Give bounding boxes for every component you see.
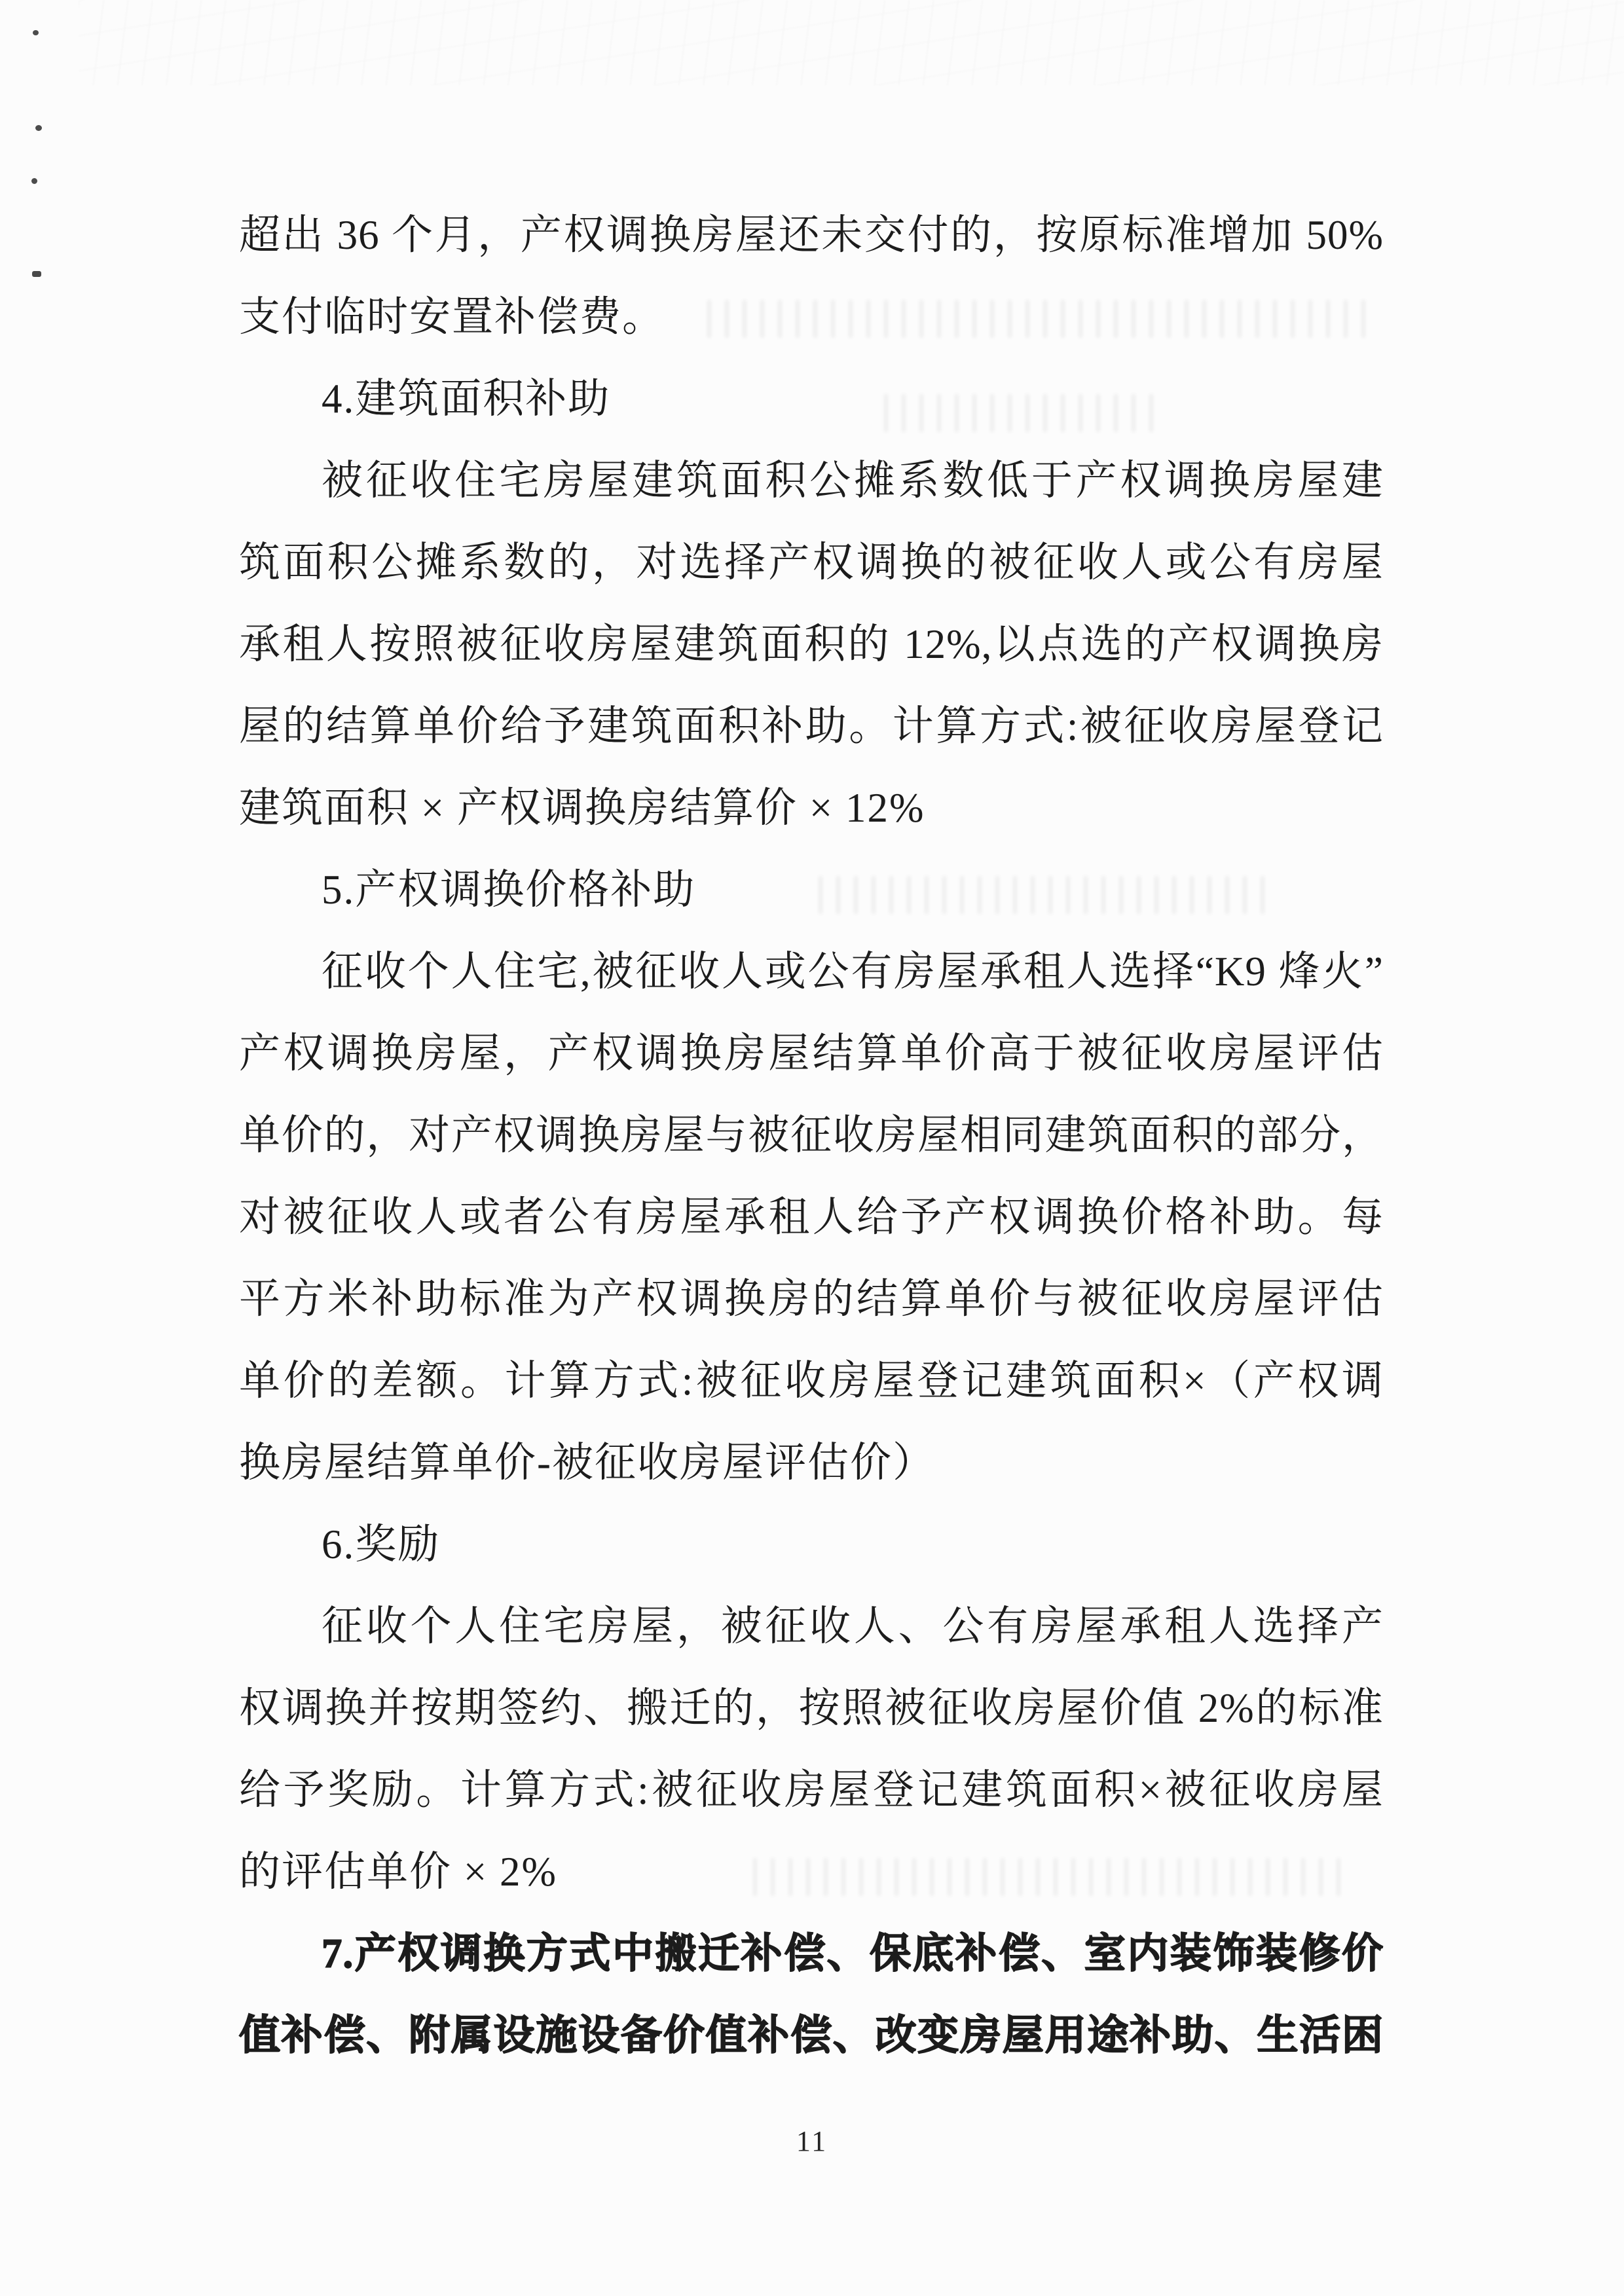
text-line: 单价的差额。计算方式:被征收房屋登记建筑面积×（产权调 [239, 1340, 1384, 1422]
text-line: 6.奖励 [239, 1504, 1384, 1586]
ink-dot [33, 30, 39, 35]
text-line: 支付临时安置补偿费。 [239, 276, 1384, 358]
page-number: 11 [0, 2119, 1624, 2164]
text-line: 给予奖励。计算方式:被征收房屋登记建筑面积×被征收房屋 [239, 1749, 1384, 1831]
ink-dot [35, 125, 42, 131]
text-line: 产权调换房屋，产权调换房屋结算单价高于被征收房屋评估 [239, 1013, 1384, 1095]
ink-dot [31, 178, 37, 184]
text-line: 7.产权调换方式中搬迁补偿、保底补偿、室内装饰装修价 [239, 1913, 1384, 1995]
text-line: 超出 36 个月，产权调换房屋还未交付的，按原标准增加 50% [239, 194, 1384, 276]
text-line: 筑面积公摊系数的，对选择产权调换的被征收人或公有房屋 [239, 522, 1384, 604]
text-line: 征收个人住宅,被征收人或公有房屋承租人选择“K9 烽火” [239, 931, 1384, 1013]
text-line: 屋的结算单价给予建筑面积补助。计算方式:被征收房屋登记 [239, 685, 1384, 767]
text-line: 4.建筑面积补助 [239, 358, 1384, 440]
text-line: 单价的，对产权调换房屋与被征收房屋相同建筑面积的部分， [239, 1095, 1384, 1176]
text-line: 平方米补助标准为产权调换房的结算单价与被征收房屋评估 [239, 1258, 1384, 1340]
document-body: 超出 36 个月，产权调换房屋还未交付的，按原标准增加 50%支付临时安置补偿费… [239, 194, 1384, 2077]
text-line: 值补偿、附属设施设备价值补偿、改变房屋用途补助、生活困 [239, 1995, 1384, 2077]
text-line: 换房屋结算单价-被征收房屋评估价） [239, 1422, 1384, 1504]
text-line: 对被征收人或者公有房屋承租人给予产权调换价格补助。每 [239, 1176, 1384, 1258]
text-line: 建筑面积 × 产权调换房结算价 × 12% [239, 767, 1384, 849]
text-line: 被征收住宅房屋建筑面积公摊系数低于产权调换房屋建 [239, 440, 1384, 522]
text-line: 权调换并按期签约、搬迁的，按照被征收房屋价值 2%的标准 [239, 1667, 1384, 1749]
text-line: 的评估单价 × 2% [239, 1831, 1384, 1913]
scanned-page: { "document": { "kind": "scanned-policy-… [0, 0, 1624, 2296]
scanner-noise-band [79, 0, 1624, 85]
text-line: 承租人按照被征收房屋建筑面积的 12%,以点选的产权调换房 [239, 604, 1384, 685]
ink-dot [32, 271, 41, 277]
text-line: 征收个人住宅房屋，被征收人、公有房屋承租人选择产 [239, 1586, 1384, 1667]
text-line: 5.产权调换价格补助 [239, 849, 1384, 931]
